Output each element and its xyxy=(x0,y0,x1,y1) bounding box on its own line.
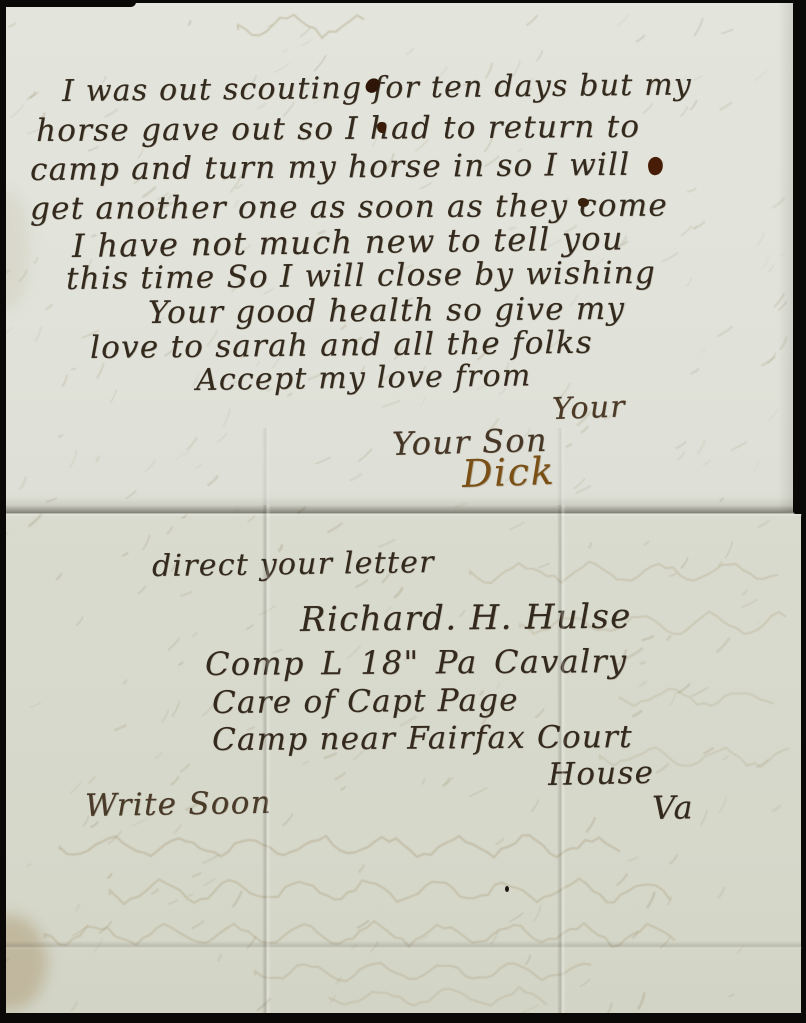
scan-edge-left xyxy=(0,0,6,1023)
vertical-fold-crease-right-upper xyxy=(557,428,566,506)
address-line-state: Va xyxy=(652,788,694,827)
address-line-camp: Camp near Fairfax Court xyxy=(212,719,633,758)
vertical-fold-crease-right xyxy=(557,505,566,1023)
ink-blot xyxy=(578,198,589,207)
vertical-fold-crease-left-upper xyxy=(262,428,271,506)
scanned-letter-page: I was out scouting for ten days but my h… xyxy=(0,0,806,1023)
handwriting-line: camp and turn my horse in so I will xyxy=(30,147,631,188)
scan-edge-right-lower xyxy=(802,514,806,1023)
address-intro: direct your letter xyxy=(152,545,435,584)
signature-dick: Dick xyxy=(461,449,555,496)
address-line-name: Richard. H. Hulse xyxy=(300,597,632,640)
ink-speck xyxy=(505,886,509,892)
closing-word-your: Your xyxy=(551,389,626,427)
handwriting-line: horse gave out so I had to return to xyxy=(36,109,640,149)
scan-edge-bottom xyxy=(0,1013,806,1023)
horizontal-fold-crease xyxy=(0,497,806,517)
address-line-care-of: Care of Capt Page xyxy=(212,682,519,721)
vertical-fold-crease-left xyxy=(262,505,271,1023)
handwriting-line: Accept my love from xyxy=(196,358,532,398)
postscript-write-soon: Write Soon xyxy=(85,785,272,824)
scan-edge-top-corner xyxy=(0,0,136,7)
ink-blot xyxy=(377,122,386,133)
scan-edge-right-upper xyxy=(793,0,806,514)
horizontal-fold-crease-lower xyxy=(0,941,806,950)
